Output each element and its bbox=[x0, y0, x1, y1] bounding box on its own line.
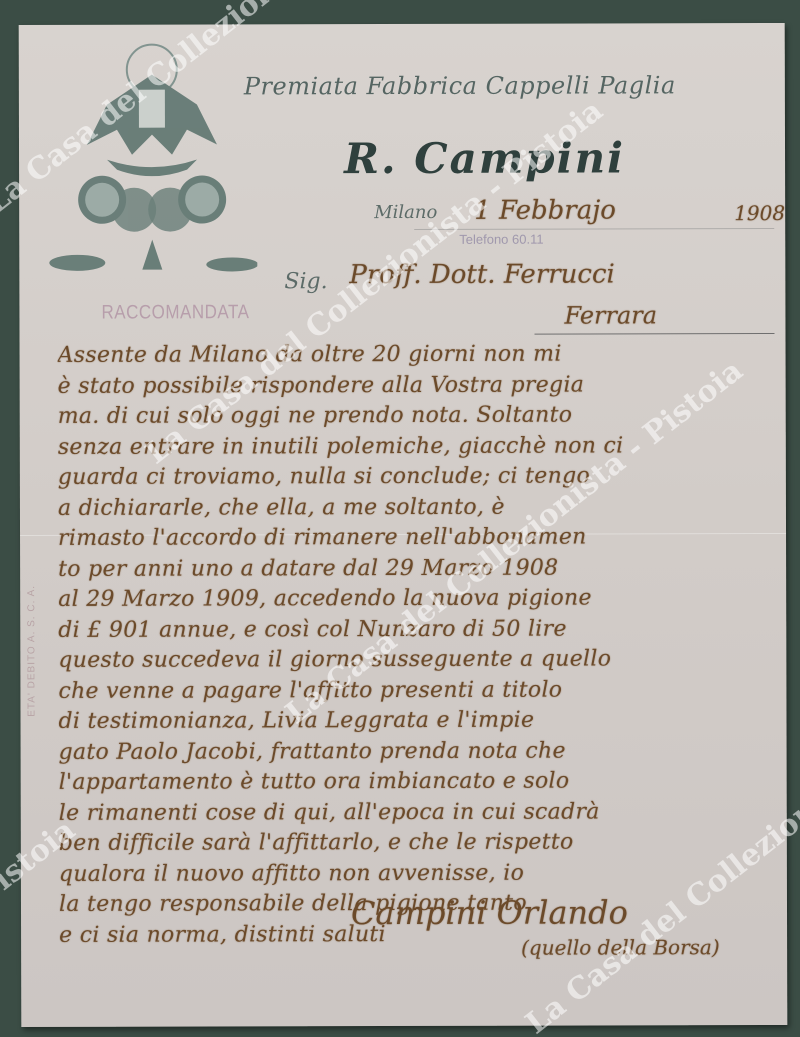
letter-body: Assente da Milano da oltre 20 giorni non… bbox=[58, 339, 780, 951]
body-line: le rimanenti cose di qui, all'epoca in c… bbox=[59, 797, 779, 829]
date-day: 1 Febbrajo bbox=[474, 195, 616, 225]
body-line: qualora il nuovo affitto non avvenisse, … bbox=[59, 858, 779, 890]
owner-name: R. Campini bbox=[344, 133, 625, 183]
body-line: di testimonianza, Livia Leggrata e l'imp… bbox=[58, 705, 778, 737]
signature-note: (quello della Borsa) bbox=[521, 935, 720, 960]
body-line: questo succedeva il giorno susseguente a… bbox=[58, 644, 778, 676]
body-line: l'appartamento è tutto ora imbiancato e … bbox=[59, 766, 779, 798]
company-line: Premiata Fabbrica Cappelli Paglia bbox=[244, 71, 676, 100]
body-line: che venne a pagare l'affitto presenti a … bbox=[58, 675, 778, 707]
body-line: gato Paolo Jacobi, frattanto prenda nota… bbox=[59, 736, 779, 768]
body-line: di £ 901 annue, e così col Nunzaro di 50… bbox=[58, 614, 778, 646]
phone-stamp: Telefono 60.11 bbox=[459, 232, 543, 247]
body-line: è stato possibile rispondere alla Vostra… bbox=[58, 370, 778, 402]
body-line: Assente da Milano da oltre 20 giorni non… bbox=[58, 339, 778, 371]
body-line: ma. di cui solo oggi ne prendo nota. Sol… bbox=[58, 400, 778, 432]
body-line: al 29 Marzo 1909, accedendo la nuova pig… bbox=[58, 583, 778, 615]
eagle-medals-emblem-icon bbox=[47, 34, 258, 275]
body-line: a dichiararle, che ella, a me soltanto, … bbox=[58, 492, 778, 524]
body-line: rimasto l'accordo di rimanere nell'abbon… bbox=[58, 522, 778, 554]
body-line: to per anni uno a datare dal 29 Marzo 19… bbox=[58, 553, 778, 585]
date-rule bbox=[414, 228, 774, 230]
letter-sheet: RACCOMANDATA Telefono 60.11 ETA' DEBITO … bbox=[19, 23, 788, 1027]
recipient: Proff. Dott. Ferrucci bbox=[349, 259, 615, 290]
side-stamp: ETA' DEBITO A. S. C. A. bbox=[26, 585, 37, 717]
date-year: 1908 bbox=[734, 201, 785, 225]
registered-stamp: RACCOMANDATA bbox=[101, 301, 249, 324]
signature: Campini Orlando bbox=[351, 893, 628, 932]
body-line: guarda ci troviamo, nulla si conclude; c… bbox=[58, 461, 778, 493]
city-rule bbox=[534, 333, 774, 335]
recipient-city: Ferrara bbox=[564, 301, 657, 329]
addressee-prefix: Sig. bbox=[284, 269, 327, 294]
body-line: senza entrare in inutili polemiche, giac… bbox=[58, 431, 778, 463]
body-line: ben difficile sarà l'affittarlo, e che l… bbox=[59, 827, 779, 859]
place-label: Milano bbox=[374, 202, 437, 223]
